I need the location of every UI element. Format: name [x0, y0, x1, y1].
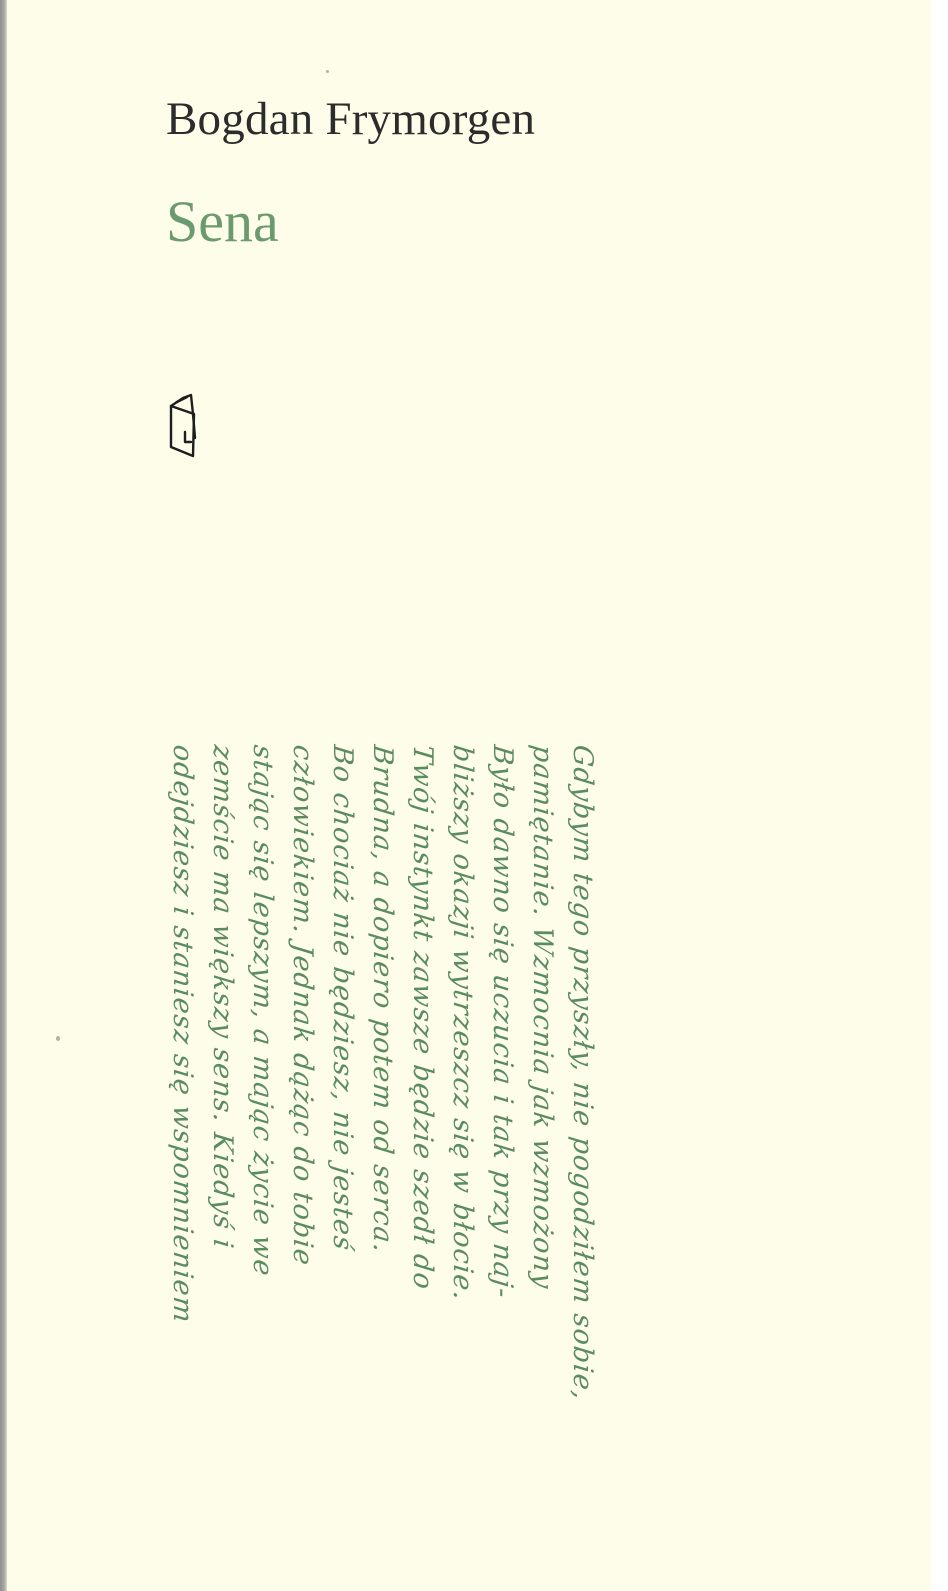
handwritten-note: Gdybym tego przyszły, nie pogodziłem sob… — [152, 745, 602, 1405]
paper-speck — [56, 1036, 60, 1041]
book-title: Sena — [166, 193, 279, 251]
author-name: Bogdan Frymorgen — [166, 96, 535, 143]
paper-speck — [326, 70, 329, 73]
handwritten-note-text: Gdybym tego przyszły, nie pogodziłem sob… — [152, 745, 602, 1405]
handwritten-line: zemście ma większy sens. Kiedyś i — [202, 743, 242, 1407]
handwritten-line: bliższy okazji wytrzeszcz się w błocie. — [442, 743, 482, 1407]
cover-left-edge — [0, 0, 7, 1591]
handwritten-line: Bo chociaż nie będziesz, nie jesteś — [322, 743, 362, 1407]
book-cover: Bogdan Frymorgen Sena Gdybym tego przysz… — [0, 0, 931, 1591]
handwritten-line: Gdybym tego przyszły, nie pogodziłem sob… — [562, 743, 602, 1407]
handwritten-line: Brudna, a dopiero potem od serca. — [362, 743, 402, 1407]
handwritten-line: człowiekiem. Jednak dążąc do tobie — [282, 743, 322, 1407]
handwritten-line: Twój instynkt zawsze będzie szedł do — [402, 743, 442, 1407]
handwritten-line: stając się lepszym, a mając życie we — [242, 743, 282, 1407]
book-door-logo-icon — [165, 392, 201, 464]
handwritten-line: pamiętanie. Wzmocnia jak wzmożony — [522, 743, 562, 1407]
handwritten-line: Było dawno się uczucia i tak przy naj- — [482, 743, 522, 1407]
handwritten-line: odejdziesz i staniesz się wspomnieniem — [162, 743, 202, 1407]
